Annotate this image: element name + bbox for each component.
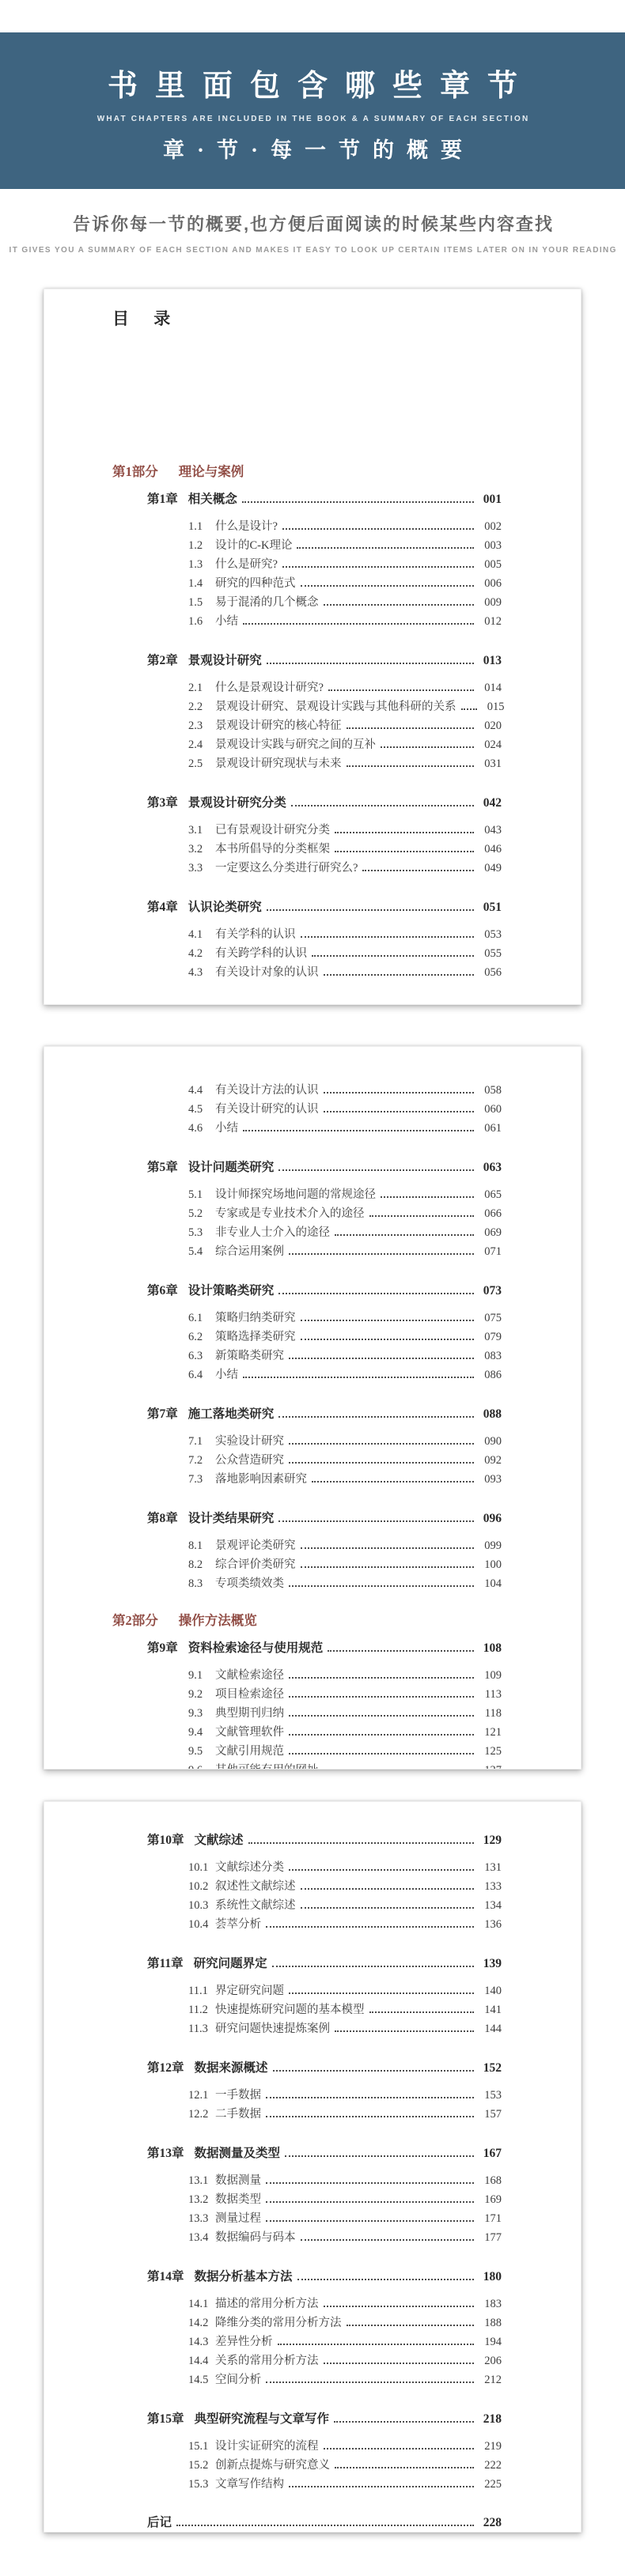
chapter-label: 第2章 [147, 651, 178, 668]
item-title: 公众营造研究 [215, 1451, 284, 1467]
item-number: 13.2 [188, 2193, 215, 2207]
item-number: 14.1 [188, 2298, 215, 2311]
intro-caption-en: IT GIVES YOU A SUMMARY OF EACH SECTION A… [0, 246, 625, 255]
toc-chapter-row: 第5章设计问题类研究063 [147, 1155, 502, 1175]
chapter-label: 第3章 [147, 793, 178, 810]
chapter-label: 第9章 [147, 1638, 178, 1656]
part-label: 第1部分 [112, 461, 158, 480]
page-number: 153 [478, 2089, 502, 2102]
toc-item-row: 10.2叙述性文献综述133 [188, 1875, 502, 1894]
item-number: 8.2 [188, 1558, 215, 1572]
item-title: 景观设计研究的核心特征 [215, 716, 342, 733]
dot-leader [301, 585, 475, 587]
dot-leader [369, 2011, 475, 2013]
dot-leader [278, 1169, 474, 1171]
item-title: 有关设计方法的认识 [215, 1081, 319, 1097]
dot-leader [278, 2344, 475, 2345]
toc-title: 目 录 [112, 307, 581, 330]
chapter-label: 第11章 [147, 1954, 184, 1971]
item-number: 8.1 [188, 1539, 215, 1553]
page-number: 121 [478, 1726, 502, 1739]
toc-item-row: 4.4有关设计方法的认识058 [188, 1078, 502, 1097]
page-number: 140 [478, 1985, 502, 1998]
toc-item-row: 12.2二手数据157 [188, 2102, 502, 2121]
toc-chapter-row: 第1章相关概念001 [147, 487, 502, 507]
chapter-label: 第12章 [147, 2058, 184, 2076]
item-title: 二手数据 [215, 2105, 261, 2121]
toc-chapter-row: 第7章施工落地类研究088 [147, 1402, 502, 1422]
chapter-title: 数据测量及类型 [195, 2144, 281, 2161]
toc-item-row: 3.1已有景观设计研究分类043 [188, 818, 502, 837]
item-title: 实验设计研究 [215, 1432, 284, 1449]
dot-leader [301, 936, 475, 938]
toc-item-row: 13.2数据类型169 [188, 2188, 502, 2207]
dot-leader [347, 765, 475, 767]
item-title: 数据测量 [215, 2171, 261, 2188]
dot-leader [282, 528, 474, 530]
item-title: 创新点提炼与研究意义 [215, 2456, 330, 2472]
page-number: 014 [478, 682, 502, 695]
item-number: 4.3 [188, 966, 215, 980]
item-title: 本书所倡导的分类框架 [215, 840, 330, 856]
page-number: 206 [478, 2355, 502, 2368]
item-number: 1.6 [188, 615, 215, 629]
item-title: 非专业人士介入的途径 [215, 1223, 330, 1240]
chapter-title: 景观设计研究 [188, 651, 262, 668]
chapter-title: 施工落地类研究 [188, 1404, 275, 1422]
page-number: 009 [478, 596, 502, 610]
page-number: 169 [478, 2193, 502, 2207]
item-number: 1.2 [188, 539, 215, 553]
item-title: 文章写作结构 [215, 2475, 284, 2491]
toc-item-row: 2.2景观设计研究、景观设计实践与其他科研的关系015 [188, 695, 502, 714]
toc-item-row: 15.1设计实证研究的流程219 [188, 2434, 502, 2453]
item-title: 有关设计研究的认识 [215, 1100, 319, 1116]
dot-leader [289, 1677, 474, 1679]
toc-chapter-row: 第8章设计类结果研究096 [147, 1506, 502, 1526]
page-number: 075 [478, 1312, 502, 1325]
item-number: 7.3 [188, 1473, 215, 1486]
toc-chapter-row: 第4章认识论类研究051 [147, 895, 502, 915]
toc-item-row: 15.3文章写作结构225 [188, 2472, 502, 2491]
item-title: 典型期刊归纳 [215, 1704, 284, 1720]
page-number: 083 [478, 1350, 502, 1363]
page-number: 118 [478, 1707, 502, 1720]
chapter-title: 景观设计研究分类 [188, 793, 286, 810]
toc-chapter-row: 第15章典型研究流程与文章写作218 [147, 2407, 502, 2427]
dot-leader [243, 1130, 474, 1131]
chapter-title: 典型研究流程与文章写作 [195, 2409, 330, 2427]
dot-leader [301, 1339, 475, 1340]
page-number: 152 [478, 2061, 502, 2076]
item-number: 12.2 [188, 2108, 215, 2121]
page-number: 069 [478, 1226, 502, 1240]
toc-item-row: 9.4文献管理软件121 [188, 1720, 502, 1739]
chapter-title: 设计问题类研究 [188, 1158, 275, 1175]
toc-item-row: 5.3非专业人士介入的途径069 [188, 1221, 502, 1240]
item-title: 已有景观设计研究分类 [215, 821, 330, 837]
dot-leader [312, 1481, 474, 1483]
item-title: 描述的常用分析方法 [215, 2295, 319, 2311]
page-number: 053 [478, 928, 502, 942]
page-number: 171 [478, 2212, 502, 2226]
toc-item-row: 13.3测量过程171 [188, 2207, 502, 2226]
dot-leader [335, 1234, 474, 1236]
dot-leader [301, 1566, 475, 1568]
item-number: 14.4 [188, 2355, 215, 2368]
page-number: 090 [478, 1435, 502, 1449]
item-title: 数据类型 [215, 2190, 261, 2207]
chapter-label: 第7章 [147, 1404, 178, 1422]
chapter-title: 认识论类研究 [188, 897, 262, 915]
item-title: 什么是设计? [215, 517, 278, 534]
dot-leader [347, 2325, 475, 2326]
dot-leader [324, 1111, 475, 1112]
dot-leader [273, 2070, 474, 2072]
item-title: 什么是景观设计研究? [215, 678, 324, 695]
banner-subtitle-en: WHAT CHAPTERS ARE INCLUDED IN THE BOOK &… [0, 115, 625, 123]
chapter-label: 第13章 [147, 2144, 184, 2161]
banner-tagline: 章·节·每一节的概要 [0, 133, 625, 164]
item-title: 一手数据 [215, 2086, 261, 2102]
dot-leader [267, 663, 474, 664]
toc-item-row: 5.1设计师探究场地问题的常规途径065 [188, 1183, 502, 1202]
item-number: 1.5 [188, 596, 215, 610]
item-title: 其他可能有用的网址 [215, 1761, 319, 1770]
dot-leader [324, 2306, 475, 2307]
dot-leader [272, 1966, 474, 1967]
item-number: 9.4 [188, 1726, 215, 1739]
chapter-title: 数据分析基本方法 [195, 2267, 293, 2284]
page-number: 071 [478, 1245, 502, 1259]
toc-item-row: 14.2降维分类的常用分析方法188 [188, 2311, 502, 2330]
item-number: 11.1 [188, 1985, 215, 1998]
toc-item-row: 5.2专家或是专业技术介入的途径066 [188, 1202, 502, 1221]
item-title: 策略选择类研究 [215, 1328, 296, 1344]
item-number: 9.5 [188, 1745, 215, 1758]
item-number: 14.2 [188, 2317, 215, 2330]
item-title: 新策略类研究 [215, 1347, 284, 1363]
toc-item-row: 13.1数据测量168 [188, 2169, 502, 2188]
item-number: 13.3 [188, 2212, 215, 2226]
toc-item-row: 9.3典型期刊归纳118 [188, 1702, 502, 1720]
toc-item-row: 6.1策略归纳类研究075 [188, 1306, 502, 1325]
toc-page-2: 4.4有关设计方法的认识0584.5有关设计研究的认识0604.6小结061第5… [44, 1046, 581, 1770]
item-number: 15.2 [188, 2459, 215, 2472]
page-number: 020 [478, 720, 502, 733]
page-number: 073 [478, 1284, 502, 1298]
chapter-title: 设计类结果研究 [188, 1509, 275, 1526]
toc-item-row: 1.6小结012 [188, 610, 502, 629]
toc-chapter-row: 第10章文献综述129 [147, 1828, 502, 1848]
item-number: 15.3 [188, 2478, 215, 2491]
item-title: 研究的四种范式 [215, 574, 296, 591]
toc-item-row: 9.5文献引用规范125 [188, 1739, 502, 1758]
chapter-title: 资料检索途径与使用规范 [188, 1638, 324, 1656]
dot-leader [248, 1842, 474, 1844]
item-title: 关系的常用分析方法 [215, 2351, 319, 2368]
page-number: 168 [478, 2174, 502, 2188]
page-number: 058 [478, 1084, 502, 1097]
toc-item-row: 3.3一定要这么分类进行研究么?049 [188, 856, 502, 875]
dot-leader [243, 1377, 474, 1378]
toc-item-row: 3.2本书所倡导的分类框架046 [188, 837, 502, 856]
item-number: 6.4 [188, 1369, 215, 1382]
page-number: 183 [478, 2298, 502, 2311]
toc-page-3: 第10章文献综述12910.1文献综述分类13110.2叙述性文献综述13310… [44, 1801, 581, 2533]
toc-item-row: 8.1景观评论类研究099 [188, 1534, 502, 1553]
dot-leader [335, 2030, 474, 2032]
page-number: 099 [478, 1539, 502, 1553]
item-title: 小结 [215, 612, 238, 629]
item-title: 设计的C-K理论 [215, 536, 292, 553]
chapter-label: 第10章 [147, 1830, 184, 1848]
page-number: 100 [478, 1558, 502, 1572]
dot-leader [381, 746, 474, 748]
item-number: 4.6 [188, 1122, 215, 1135]
toc-item-row: 7.3落地影响因素研究093 [188, 1467, 502, 1486]
item-number: 9.2 [188, 1688, 215, 1702]
page-number: 046 [478, 843, 502, 856]
toc-item-row: 4.2有关跨学科的认识055 [188, 942, 502, 961]
page-number: 218 [478, 2412, 502, 2427]
toc-item-row: 1.1什么是设计?002 [188, 515, 502, 534]
toc-item-row: 7.1实验设计研究090 [188, 1430, 502, 1449]
item-number: 3.3 [188, 862, 215, 875]
toc-item-row: 12.1一手数据153 [188, 2083, 502, 2102]
chapter-title: 相关概念 [188, 489, 237, 507]
page-number: 180 [478, 2270, 502, 2284]
item-number: 5.2 [188, 1207, 215, 1221]
toc-item-row: 11.2快速提炼研究问题的基本模型141 [188, 1998, 502, 2017]
chapter-label: 第1章 [147, 489, 178, 507]
page-number: 144 [478, 2023, 502, 2036]
dot-leader [289, 1462, 474, 1464]
dot-leader [328, 1650, 474, 1652]
page-number: 049 [478, 862, 502, 875]
page-number: 113 [478, 1688, 502, 1702]
chapter-label: 第4章 [147, 897, 178, 915]
item-title: 界定研究问题 [215, 1981, 284, 1998]
item-title: 小结 [215, 1119, 238, 1135]
page-number: 003 [478, 539, 502, 553]
dot-leader [289, 1696, 474, 1698]
item-number: 5.4 [188, 1245, 215, 1259]
page-number: 013 [478, 654, 502, 668]
dot-leader [278, 1520, 474, 1522]
item-title: 系统性文献综述 [215, 1896, 296, 1913]
page-number: 219 [478, 2440, 502, 2453]
toc-item-row: 14.5空间分析212 [188, 2368, 502, 2387]
dot-leader [324, 604, 475, 606]
toc-item-row: 2.3景观设计研究的核心特征020 [188, 714, 502, 733]
toc-chapter-row: 第2章景观设计研究013 [147, 648, 502, 668]
toc-item-row: 14.4关系的常用分析方法206 [188, 2349, 502, 2368]
item-title: 项目检索途径 [215, 1685, 284, 1702]
toc-item-row: 5.4综合运用案例071 [188, 1240, 502, 1259]
page-number: 131 [478, 1861, 502, 1875]
toc-page-1: 目 录 第1部分理论与案例第1章相关概念0011.1什么是设计?0021.2设计… [44, 289, 581, 1005]
item-title: 策略归纳类研究 [215, 1309, 296, 1325]
toc-item-row: 6.3新策略类研究083 [188, 1344, 502, 1363]
item-title: 小结 [215, 1365, 238, 1382]
dot-leader [301, 1907, 475, 1909]
dot-leader [289, 1585, 474, 1587]
item-title: 文献检索途径 [215, 1666, 284, 1683]
page-number: 024 [478, 738, 502, 752]
toc-chapter-row: 第6章设计策略类研究073 [147, 1279, 502, 1298]
dot-leader [267, 909, 474, 911]
page-number: 086 [478, 1369, 502, 1382]
page-number: 157 [478, 2108, 502, 2121]
dot-leader [301, 2239, 475, 2241]
item-number: 1.4 [188, 577, 215, 591]
dot-leader [289, 1358, 474, 1359]
chapter-label: 第14章 [147, 2267, 184, 2284]
banner-title: 书里面包含哪些章节 [0, 69, 625, 104]
page-number: 141 [478, 2004, 502, 2017]
toc-pages: 目 录 第1部分理论与案例第1章相关概念0011.1什么是设计?0021.2设计… [0, 289, 625, 2533]
item-number: 9.3 [188, 1707, 215, 1720]
toc-item-row: 8.2综合评价类研究100 [188, 1553, 502, 1572]
page-number: 065 [478, 1188, 502, 1202]
dot-leader [324, 2363, 475, 2364]
item-title: 设计师探究场地问题的常规途径 [215, 1185, 376, 1202]
dot-leader [266, 2097, 474, 2098]
toc-item-row: 9.2项目检索途径113 [188, 1683, 502, 1702]
item-number: 2.1 [188, 682, 215, 695]
item-number: 2.4 [188, 738, 215, 752]
item-number: 7.2 [188, 1454, 215, 1467]
item-number: 8.3 [188, 1577, 215, 1591]
item-number: 5.1 [188, 1188, 215, 1202]
item-number: 9.6 [188, 1764, 215, 1770]
item-number: 4.5 [188, 1103, 215, 1116]
item-title: 研究问题快速提炼案例 [215, 2019, 330, 2036]
toc-chapter-row: 第12章数据来源概述152 [147, 2056, 502, 2076]
dot-leader [289, 2486, 474, 2487]
item-title: 测量过程 [215, 2209, 261, 2226]
page-number: 228 [478, 2516, 502, 2530]
page-number: 060 [478, 1103, 502, 1116]
item-title: 文献引用规范 [215, 1742, 284, 1758]
toc-chapter-row: 第11章研究问题界定139 [147, 1951, 502, 1971]
page-number: 012 [478, 615, 502, 629]
page-number: 002 [478, 520, 502, 534]
page-number: 225 [478, 2478, 502, 2491]
toc-list-page-2: 4.4有关设计方法的认识0584.5有关设计研究的认识0604.6小结061第5… [44, 1047, 581, 1770]
dot-leader [266, 2116, 474, 2117]
dot-leader [335, 2467, 474, 2468]
part-title: 操作方法概览 [179, 1610, 257, 1629]
item-title: 降维分类的常用分析方法 [215, 2313, 342, 2330]
page-number: 051 [478, 901, 502, 915]
dot-leader [278, 1416, 474, 1418]
chapter-title: 文献综述 [195, 1830, 244, 1848]
intro-section: 告诉你每一节的概要,也方便后面阅读的时候某些内容查找 IT GIVES YOU … [0, 211, 625, 255]
chapter-label: 第5章 [147, 1158, 178, 1175]
dot-leader [347, 727, 475, 729]
page-number: 066 [478, 1207, 502, 1221]
item-title: 落地影响因素研究 [215, 1470, 307, 1486]
toc-item-row: 10.3系统性文献综述134 [188, 1894, 502, 1913]
toc-item-row: 6.2策略选择类研究079 [188, 1325, 502, 1344]
page-number: 188 [478, 2317, 502, 2330]
dot-leader [461, 708, 477, 710]
item-number: 9.1 [188, 1669, 215, 1683]
chapter-title: 设计策略类研究 [188, 1281, 275, 1298]
dot-leader [291, 805, 474, 806]
page-number: 042 [478, 796, 502, 810]
part-title: 理论与案例 [179, 461, 244, 480]
page-number: 134 [478, 1899, 502, 1913]
toc-chapter-row: 第13章数据测量及类型167 [147, 2141, 502, 2161]
page-number: 125 [478, 1745, 502, 1758]
toc-item-row: 4.1有关学科的认识053 [188, 923, 502, 942]
item-title: 有关设计对象的认识 [215, 963, 319, 980]
toc-item-row: 2.5景观设计研究现状与未来031 [188, 752, 502, 771]
toc-part-row: 第1部分理论与案例 [112, 459, 502, 480]
dot-leader [242, 501, 474, 503]
item-title: 易于混淆的几个概念 [215, 593, 319, 610]
chapter-label: 第15章 [147, 2409, 184, 2427]
toc-item-row: 4.5有关设计研究的认识060 [188, 1097, 502, 1116]
toc-item-row: 2.4景观设计实践与研究之间的互补024 [188, 733, 502, 752]
item-number: 10.1 [188, 1861, 215, 1875]
dot-leader [289, 1734, 474, 1736]
page-number: 079 [478, 1331, 502, 1344]
dot-leader [289, 1869, 474, 1871]
item-title: 专家或是专业技术介入的途径 [215, 1204, 365, 1221]
page-number: 001 [478, 493, 502, 507]
toc-item-row: 7.2公众营造研究092 [188, 1449, 502, 1467]
item-number: 14.5 [188, 2374, 215, 2387]
item-title: 快速提炼研究问题的基本模型 [215, 2000, 365, 2017]
dot-leader [266, 2220, 474, 2222]
dot-leader [285, 2155, 474, 2157]
item-title: 叙述性文献综述 [215, 1877, 296, 1894]
item-title: 专项类绩效类 [215, 1574, 284, 1591]
toc-item-row: 4.3有关设计对象的认识056 [188, 961, 502, 980]
item-number: 3.2 [188, 843, 215, 856]
toc-item-row: 1.4研究的四种范式006 [188, 572, 502, 591]
item-number: 6.2 [188, 1331, 215, 1344]
item-title: 综合运用案例 [215, 1242, 284, 1259]
dot-leader [335, 851, 474, 852]
page-number: 222 [478, 2459, 502, 2472]
dot-leader [266, 2201, 474, 2203]
toc-item-row: 6.4小结086 [188, 1363, 502, 1382]
page-number: 061 [478, 1122, 502, 1135]
item-title: 荟萃分析 [215, 1915, 261, 1932]
toc-item-row: 13.4数据编码与码本177 [188, 2226, 502, 2245]
chapter-label: 第6章 [147, 1281, 178, 1298]
page-number: 136 [478, 1918, 502, 1932]
page-number: 015 [481, 701, 505, 714]
dot-leader [243, 623, 474, 625]
toc-chapter-row: 第14章数据分析基本方法180 [147, 2264, 502, 2284]
toc-item-row: 11.1界定研究问题140 [188, 1979, 502, 1998]
page-number: 063 [478, 1161, 502, 1175]
page-number: 093 [478, 1473, 502, 1486]
dot-leader [176, 2525, 474, 2526]
chapter-title: 后记 [147, 2513, 172, 2530]
dot-leader [289, 1753, 474, 1754]
dot-leader [334, 2421, 474, 2423]
toc-item-row: 1.5易于混淆的几个概念009 [188, 591, 502, 610]
item-number: 2.3 [188, 720, 215, 733]
item-number: 1.3 [188, 558, 215, 572]
